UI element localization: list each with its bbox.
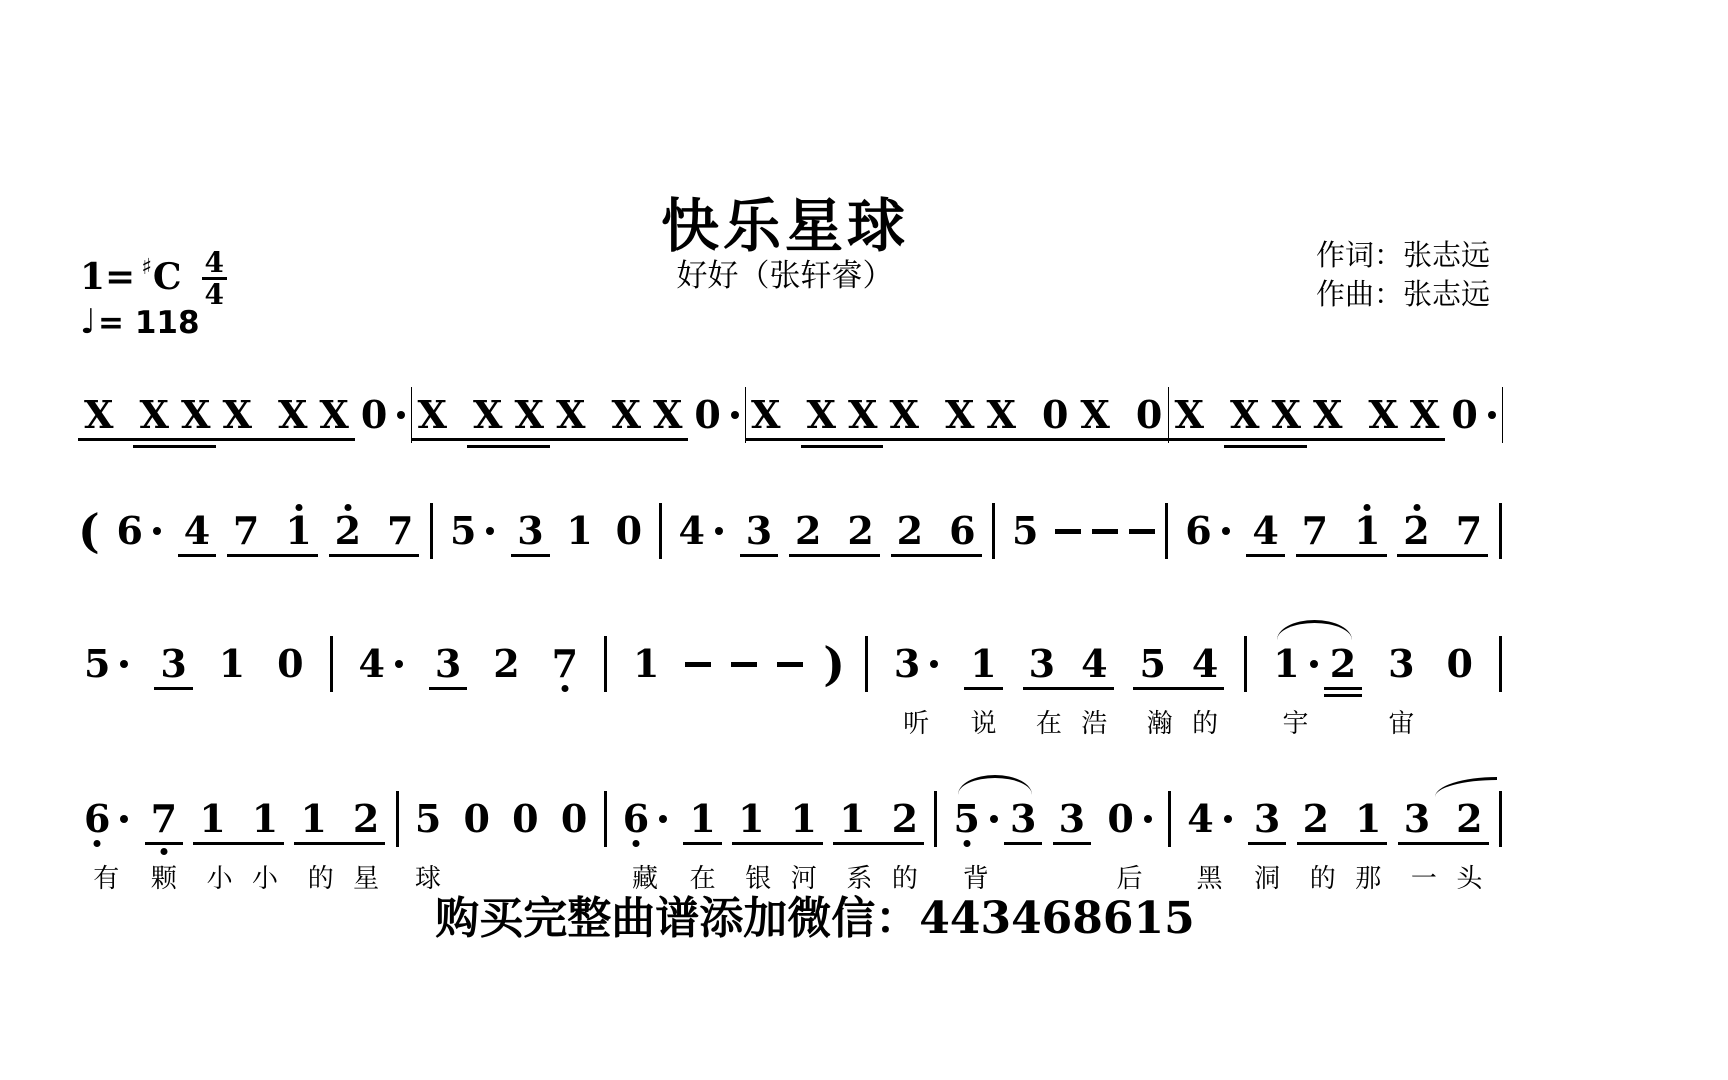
note-group: 2 bbox=[1324, 641, 1362, 737]
note-cell: 3洞 bbox=[1248, 796, 1286, 892]
note-cell: 2的 bbox=[1297, 796, 1349, 892]
note: X bbox=[883, 392, 938, 438]
note: 0 bbox=[1440, 641, 1478, 687]
note-cell: 2 bbox=[789, 508, 841, 554]
note-cell: 1小 bbox=[246, 796, 284, 892]
note-group: XX bbox=[550, 392, 647, 438]
lyricist-credit: 作词：张志远 bbox=[1316, 236, 1490, 275]
note-group: 3 bbox=[1053, 796, 1091, 892]
note: 2 bbox=[1450, 796, 1488, 842]
note-cell: X bbox=[1168, 392, 1223, 438]
note: 2 bbox=[487, 641, 525, 687]
augmentation-dot bbox=[731, 411, 739, 419]
note-cell: 6有 bbox=[78, 796, 134, 892]
note-glyph: X bbox=[653, 392, 682, 438]
note: 2 bbox=[891, 508, 943, 554]
note: X bbox=[647, 392, 688, 438]
note-group: 1系2的 bbox=[833, 796, 924, 892]
octave-down-dot bbox=[561, 685, 568, 692]
lyric: 说 bbox=[970, 703, 996, 737]
meter-denominator: 4 bbox=[202, 280, 227, 309]
note-cell: X bbox=[550, 392, 605, 438]
note: 0 bbox=[271, 641, 309, 687]
barline bbox=[1244, 636, 1247, 692]
note: 3 bbox=[154, 641, 192, 687]
note-glyph: 7 bbox=[233, 508, 259, 554]
octave-up-dot bbox=[344, 504, 351, 511]
note-group: 4黑 bbox=[1181, 796, 1237, 892]
note-glyph: 5 bbox=[450, 508, 476, 554]
note-glyph: 1 bbox=[1355, 796, 1381, 842]
note-cell: 1 bbox=[213, 641, 251, 737]
note-cell: 6 bbox=[1179, 508, 1235, 554]
note-glyph: 6 bbox=[623, 796, 649, 842]
note-glyph: 7 bbox=[552, 641, 578, 687]
note-glyph: 5 bbox=[415, 796, 441, 842]
note: 2 bbox=[886, 796, 924, 842]
note-glyph: 2 bbox=[1330, 641, 1356, 687]
note-group: 3一2头 bbox=[1398, 796, 1489, 892]
note-group: 6藏 bbox=[617, 796, 673, 892]
note-group: X0 bbox=[980, 392, 1074, 438]
note: 3 bbox=[1382, 641, 1420, 687]
dash-glyph bbox=[731, 662, 757, 667]
note: 1 bbox=[246, 796, 284, 842]
note-glyph: 6 bbox=[1185, 508, 1211, 554]
barline bbox=[865, 636, 868, 692]
note: 4 bbox=[1186, 641, 1224, 687]
note-glyph: 4 bbox=[359, 641, 385, 687]
note-glyph: 4 bbox=[184, 508, 210, 554]
note: 1 bbox=[785, 796, 823, 842]
note-group: 1 bbox=[560, 508, 598, 554]
note: 4 bbox=[1075, 641, 1113, 687]
augmentation-dot bbox=[1310, 660, 1318, 668]
note: 7 bbox=[1450, 508, 1488, 554]
note-glyph: 4 bbox=[1081, 641, 1107, 687]
note: X bbox=[550, 392, 605, 438]
note-group: 0 bbox=[457, 796, 495, 892]
note-glyph: X bbox=[1080, 392, 1109, 438]
note: 6 bbox=[111, 508, 167, 554]
note-cell: 1小 bbox=[193, 796, 245, 892]
note-glyph: 3 bbox=[1010, 796, 1036, 842]
note-cell: 5背 bbox=[948, 796, 1004, 892]
note-group: 7颗 bbox=[145, 796, 183, 892]
note-group: 5瀚4的 bbox=[1133, 641, 1224, 737]
note-glyph: 0 bbox=[512, 796, 538, 842]
note-group: 3听 bbox=[888, 641, 944, 737]
note-glyph: 5 bbox=[84, 641, 110, 687]
note-group: 4 bbox=[673, 508, 729, 554]
note-glyph: X bbox=[889, 392, 918, 438]
augmentation-dot bbox=[1488, 411, 1496, 419]
note-cell: 3 bbox=[1053, 796, 1091, 892]
score-line-intro: (64712753104322265647127 bbox=[78, 508, 1502, 559]
note: X bbox=[508, 392, 549, 438]
note-group: 3 bbox=[511, 508, 549, 554]
note: 3 bbox=[1004, 796, 1042, 842]
note-cell: 1 bbox=[560, 508, 598, 554]
note-glyph: X bbox=[84, 392, 113, 438]
note: X bbox=[1265, 392, 1306, 438]
note-group: 0 bbox=[271, 641, 309, 737]
note-glyph: 2 bbox=[897, 508, 923, 554]
barline bbox=[604, 636, 607, 692]
note-glyph: 7 bbox=[1456, 508, 1482, 554]
dash-glyph bbox=[1055, 529, 1081, 534]
note-cell: 5球 bbox=[409, 796, 447, 892]
augmentation-dot bbox=[120, 815, 128, 823]
note-cell: 3一 bbox=[1398, 796, 1450, 892]
note-glyph: 5 bbox=[954, 796, 980, 842]
note-cell: 7颗 bbox=[145, 796, 183, 892]
duration-dash bbox=[1092, 508, 1118, 554]
note: 7 bbox=[227, 508, 279, 554]
note-group: X0 bbox=[1074, 392, 1168, 438]
note-cell: 4 bbox=[353, 641, 409, 737]
note: X bbox=[745, 392, 800, 438]
note: 1 bbox=[1348, 508, 1386, 554]
note-glyph: 1 bbox=[738, 796, 764, 842]
augmentation-dot bbox=[397, 411, 405, 419]
note-group: XXX bbox=[412, 392, 550, 438]
note-cell: 7 bbox=[227, 508, 279, 554]
note-glyph: X bbox=[807, 392, 836, 438]
note-group: 3 bbox=[740, 508, 778, 554]
octave-down-dot bbox=[160, 848, 167, 855]
note-cell: 0 bbox=[555, 796, 593, 892]
credits: 作词：张志远 作曲：张志远 bbox=[1316, 236, 1490, 314]
note-cell: 4黑 bbox=[1181, 796, 1237, 892]
lyric: 听 bbox=[903, 703, 929, 737]
note-group: 6 bbox=[111, 508, 167, 554]
note-group: 3 bbox=[154, 641, 192, 737]
tempo-equals: = bbox=[98, 305, 124, 341]
note-glyph: 1 bbox=[633, 641, 659, 687]
composer-credit: 作曲：张志远 bbox=[1316, 275, 1490, 314]
barline bbox=[992, 503, 995, 559]
note: 7 bbox=[145, 796, 183, 842]
note-group: 5背 bbox=[948, 796, 1004, 892]
key-letter: C bbox=[153, 256, 182, 298]
note-cell: X bbox=[842, 392, 883, 438]
key-prefix: 1= bbox=[80, 256, 135, 298]
tempo-value: 118 bbox=[135, 305, 200, 341]
note-cell: X bbox=[1362, 392, 1403, 438]
note: 0 bbox=[1445, 392, 1501, 438]
note-cell: 1 bbox=[1348, 508, 1386, 554]
note-group: 1 bbox=[627, 641, 665, 737]
note-cell: X bbox=[1224, 392, 1265, 438]
note-group: 5 bbox=[78, 641, 134, 737]
lyric: 在 bbox=[1036, 703, 1062, 737]
time-signature: 4 4 bbox=[202, 248, 227, 309]
note: 4 bbox=[1181, 796, 1237, 842]
note: 0 bbox=[457, 796, 495, 842]
lyric: 瀚 bbox=[1147, 703, 1173, 737]
note-cell: 5瀚 bbox=[1133, 641, 1185, 737]
note-cell: 1 bbox=[279, 508, 317, 554]
note-cell: 7 bbox=[1296, 508, 1348, 554]
note-group: XXX bbox=[745, 392, 883, 438]
note: 1 bbox=[294, 796, 346, 842]
note-glyph: 1 bbox=[839, 796, 865, 842]
note-glyph: X bbox=[1174, 392, 1203, 438]
lyric: 浩 bbox=[1081, 703, 1107, 737]
dash-glyph bbox=[777, 662, 803, 667]
note: 0 bbox=[610, 508, 648, 554]
note-group: 0 bbox=[1445, 392, 1501, 438]
note: X bbox=[842, 392, 883, 438]
note-group: 1的2星 bbox=[294, 796, 385, 892]
octave-up-dot bbox=[295, 504, 302, 511]
note-cell: 3 bbox=[740, 508, 778, 554]
note-group: 1 bbox=[213, 641, 251, 737]
note: 1 bbox=[213, 641, 251, 687]
note-glyph: 2 bbox=[1303, 796, 1329, 842]
note-group: 2 bbox=[487, 641, 525, 737]
note: 5 bbox=[1133, 641, 1185, 687]
note: 3 bbox=[429, 641, 467, 687]
augmentation-dot bbox=[930, 660, 938, 668]
note: 6 bbox=[617, 796, 673, 842]
note: 1 bbox=[279, 508, 317, 554]
note-cell: X bbox=[272, 392, 313, 438]
note-glyph: 0 bbox=[616, 508, 642, 554]
note-group: 3 bbox=[1004, 796, 1042, 892]
note-group: 6有 bbox=[78, 796, 134, 892]
note-group: 1银1河 bbox=[732, 796, 823, 892]
note: 5 bbox=[1006, 508, 1044, 554]
note: 5 bbox=[948, 796, 1004, 842]
note-cell: 7 bbox=[381, 508, 419, 554]
note: X bbox=[1307, 392, 1362, 438]
note-cell: 0 bbox=[1036, 392, 1074, 438]
duration-dash bbox=[777, 641, 803, 687]
note-cell: 4 bbox=[1246, 508, 1284, 554]
slur: 1宇2 bbox=[1267, 641, 1362, 737]
note-group: X bbox=[647, 392, 688, 438]
note-glyph: 2 bbox=[892, 796, 918, 842]
note-cell: 3宙 bbox=[1382, 641, 1420, 737]
note-group: 4 bbox=[178, 508, 216, 554]
note: 5 bbox=[409, 796, 447, 842]
note-glyph: 0 bbox=[561, 796, 587, 842]
note-glyph: X bbox=[751, 392, 780, 438]
note-glyph: 2 bbox=[493, 641, 519, 687]
note-glyph: 1 bbox=[285, 508, 311, 554]
note-cell: 2 bbox=[841, 508, 879, 554]
barline bbox=[1165, 503, 1168, 559]
note-cell: 6 bbox=[943, 508, 981, 554]
note-cell: 1 bbox=[627, 641, 665, 737]
note-cell: 0 bbox=[1445, 392, 1501, 438]
dash-glyph bbox=[685, 662, 711, 667]
note-glyph: 1 bbox=[1354, 508, 1380, 554]
note-cell: 0 bbox=[688, 392, 744, 438]
note: 3 bbox=[511, 508, 549, 554]
note-glyph: 4 bbox=[679, 508, 705, 554]
note-glyph: 7 bbox=[387, 508, 413, 554]
note-cell: 2 bbox=[487, 641, 525, 737]
note-cell: 2 bbox=[891, 508, 943, 554]
note-group: 1宇 bbox=[1267, 641, 1323, 737]
slur: 5背3 bbox=[948, 796, 1043, 892]
note-glyph: 7 bbox=[1302, 508, 1328, 554]
note: 0 bbox=[506, 796, 544, 842]
note-group: 0 bbox=[688, 392, 744, 438]
note-cell: 4浩 bbox=[1075, 641, 1113, 737]
note: X bbox=[272, 392, 313, 438]
note: X bbox=[78, 392, 133, 438]
note-cell: 0 bbox=[457, 796, 495, 892]
note-cell: 4 bbox=[178, 508, 216, 554]
note-cell: 0 bbox=[1130, 392, 1168, 438]
note-cell: 0 bbox=[355, 392, 411, 438]
note-cell: X bbox=[313, 392, 354, 438]
lyric: 的 bbox=[1192, 703, 1218, 737]
note: 3 bbox=[888, 641, 944, 687]
note-glyph: 6 bbox=[949, 508, 975, 554]
note-glyph: 3 bbox=[435, 641, 461, 687]
note-cell: 3 bbox=[429, 641, 467, 737]
note-cell: 3 bbox=[154, 641, 192, 737]
note: X bbox=[1224, 392, 1265, 438]
augmentation-dot bbox=[1144, 815, 1152, 823]
note: 2 bbox=[1397, 508, 1449, 554]
note-glyph: 5 bbox=[1012, 508, 1038, 554]
note-cell: X bbox=[883, 392, 938, 438]
note-cell: 2头 bbox=[1450, 796, 1488, 892]
note: 1 bbox=[683, 796, 721, 842]
note-group: 2的1那 bbox=[1297, 796, 1388, 892]
note-cell: 3听 bbox=[888, 641, 944, 737]
note-cell: X bbox=[175, 392, 216, 438]
quarter-note-icon: ♩ bbox=[80, 302, 96, 342]
note: 4 bbox=[178, 508, 216, 554]
note-cell: 1的 bbox=[294, 796, 346, 892]
barline bbox=[659, 503, 662, 559]
note-glyph: X bbox=[514, 392, 543, 438]
note-glyph: 4 bbox=[1252, 508, 1278, 554]
note-group: 3在4浩 bbox=[1023, 641, 1114, 737]
note-cell: X bbox=[745, 392, 800, 438]
note-glyph: 1 bbox=[970, 641, 996, 687]
note-glyph: 3 bbox=[1254, 796, 1280, 842]
score-line-verse-2: 6有7颗1小1小1的2星5球0006藏1在1银1河1系2的5背330后4黑3洞2… bbox=[78, 796, 1502, 892]
note-glyph: 3 bbox=[1029, 641, 1055, 687]
note-glyph: 2 bbox=[353, 796, 379, 842]
note-cell: X bbox=[647, 392, 688, 438]
note-glyph: 4 bbox=[1192, 641, 1218, 687]
note: 2 bbox=[789, 508, 841, 554]
note: X bbox=[467, 392, 508, 438]
note-cell: 2的 bbox=[886, 796, 924, 892]
augmentation-dot bbox=[153, 527, 161, 535]
barline bbox=[1168, 791, 1171, 847]
barline bbox=[1499, 636, 1502, 692]
note-cell: X bbox=[1307, 392, 1362, 438]
note-glyph: 2 bbox=[795, 508, 821, 554]
note-cell: 5 bbox=[444, 508, 500, 554]
note-glyph: 5 bbox=[1139, 641, 1165, 687]
note-cell: 0后 bbox=[1101, 796, 1157, 892]
note-glyph: 1 bbox=[252, 796, 278, 842]
note-glyph: 0 bbox=[1446, 641, 1472, 687]
note-glyph: X bbox=[473, 392, 502, 438]
note-glyph: 2 bbox=[1456, 796, 1482, 842]
note: 0 bbox=[1130, 392, 1168, 438]
note-cell: 1宇 bbox=[1267, 641, 1323, 737]
augmentation-dot bbox=[990, 815, 998, 823]
note-glyph: X bbox=[556, 392, 585, 438]
note: 3 bbox=[1398, 796, 1450, 842]
barline bbox=[604, 791, 607, 847]
note-glyph: 0 bbox=[694, 392, 720, 438]
note-glyph: 1 bbox=[791, 796, 817, 842]
duration-dash bbox=[1129, 508, 1155, 554]
octave-down-dot bbox=[632, 840, 639, 847]
note-cell: 0 bbox=[271, 641, 309, 737]
note-glyph: 0 bbox=[277, 641, 303, 687]
note-glyph: 0 bbox=[1042, 392, 1068, 438]
note-group: 4 bbox=[1246, 508, 1284, 554]
note: 1 bbox=[560, 508, 598, 554]
note-group: 3 bbox=[429, 641, 467, 737]
note-glyph: X bbox=[1271, 392, 1300, 438]
note: 0 bbox=[1101, 796, 1157, 842]
note-glyph: X bbox=[1313, 392, 1342, 438]
note-cell: X bbox=[980, 392, 1035, 438]
augmentation-dot bbox=[1222, 527, 1230, 535]
parenthesis: ( bbox=[78, 508, 100, 554]
note: 4 bbox=[1246, 508, 1284, 554]
barline bbox=[1499, 791, 1502, 847]
note-cell: X bbox=[939, 392, 980, 438]
note: 6 bbox=[78, 796, 134, 842]
note-cell: 0 bbox=[1440, 641, 1478, 737]
note: X bbox=[939, 392, 980, 438]
note-cell: 4的 bbox=[1186, 641, 1224, 737]
note-glyph: X bbox=[1410, 392, 1439, 438]
duration-dash bbox=[685, 641, 711, 687]
note-glyph: 0 bbox=[361, 392, 387, 438]
note: X bbox=[175, 392, 216, 438]
note-glyph: 1 bbox=[300, 796, 326, 842]
note-cell: 1在 bbox=[683, 796, 721, 892]
note: 7 bbox=[381, 508, 419, 554]
note-glyph: 1 bbox=[219, 641, 245, 687]
note: X bbox=[133, 392, 174, 438]
note: 0 bbox=[688, 392, 744, 438]
score-line-verse-1: 531043271)3听1说3在4浩5瀚4的1宇23宙0 bbox=[78, 641, 1502, 737]
note-glyph: X bbox=[848, 392, 877, 438]
note: 3 bbox=[1248, 796, 1286, 842]
note-group: XXX bbox=[78, 392, 216, 438]
note: X bbox=[1074, 392, 1129, 438]
note-cell: X bbox=[1404, 392, 1445, 438]
note-group: 27 bbox=[1397, 508, 1488, 554]
note-glyph: 3 bbox=[746, 508, 772, 554]
note: 6 bbox=[943, 508, 981, 554]
note-cell: 7 bbox=[546, 641, 584, 737]
note-cell: 2 bbox=[1397, 508, 1449, 554]
barline bbox=[430, 503, 433, 559]
augmentation-dot bbox=[120, 660, 128, 668]
note-group: 71 bbox=[1296, 508, 1387, 554]
augmentation-dot bbox=[486, 527, 494, 535]
